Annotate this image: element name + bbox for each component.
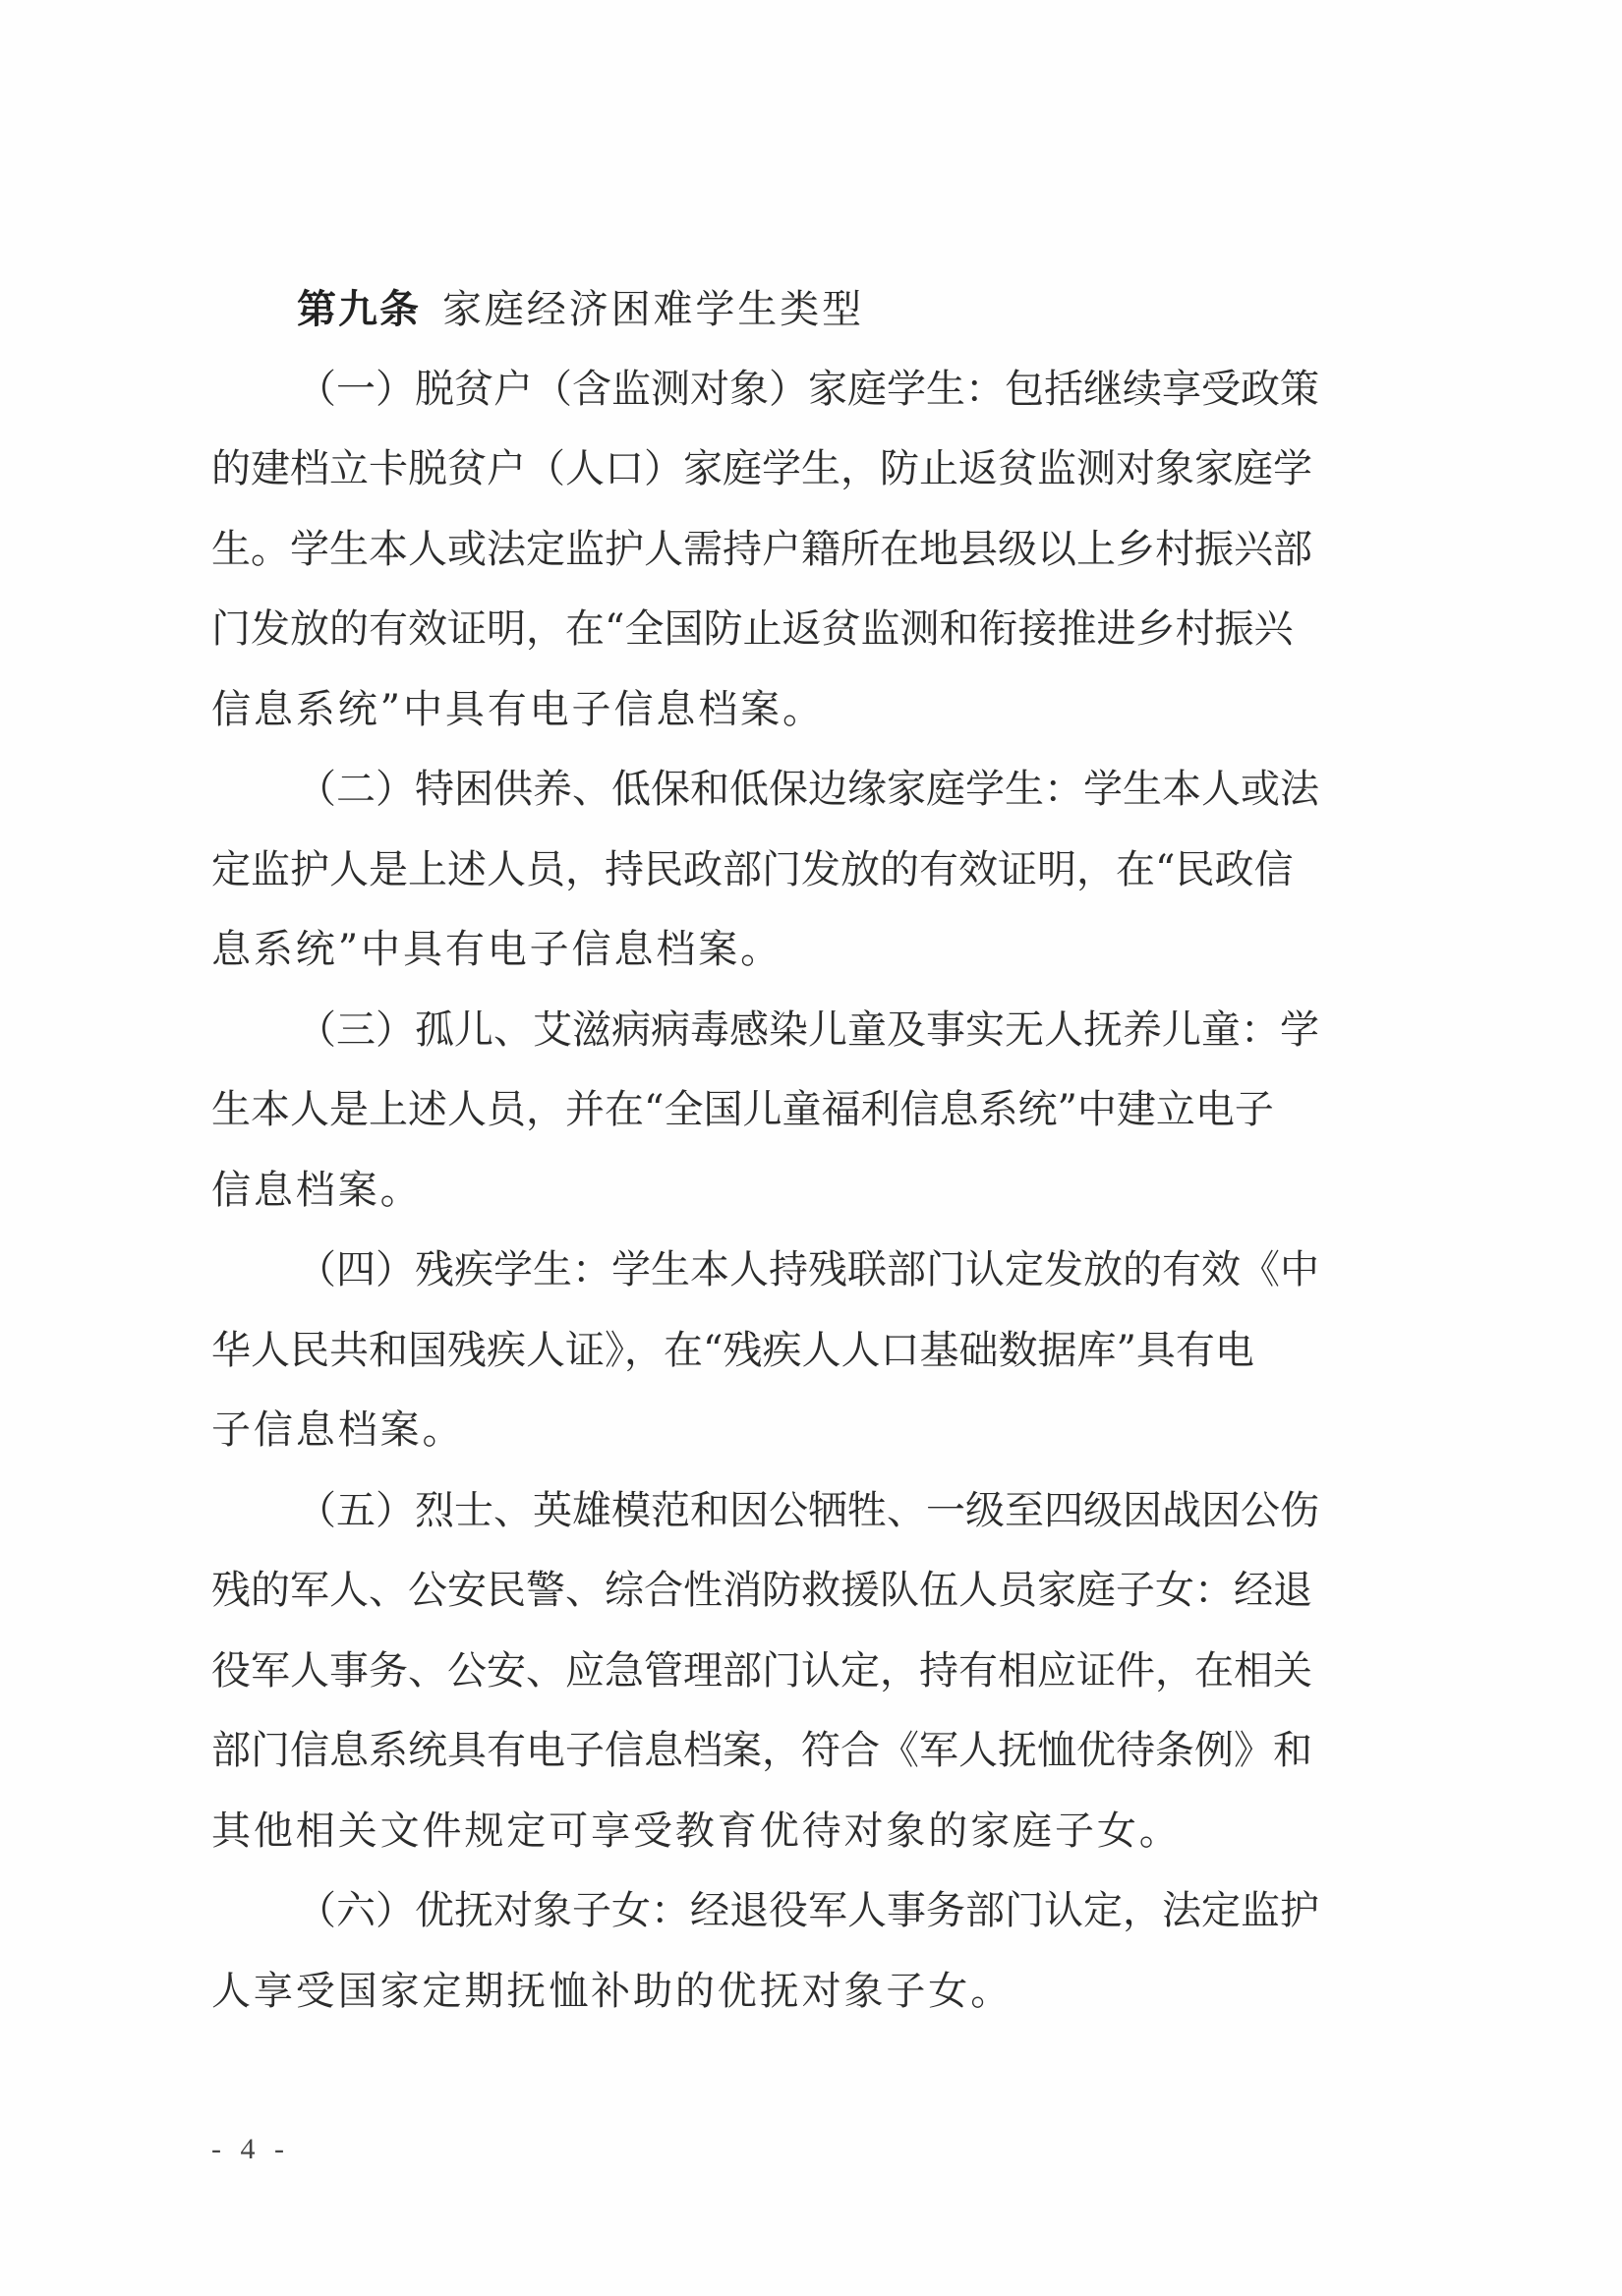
paragraph-1-line-1: （一）脱贫户（含监测对象）家庭学生：包括继续享受政策 <box>211 350 1394 430</box>
paragraph-2-line-3: 息系统”中具有电子信息档案。 <box>211 910 1394 991</box>
paragraph-6-line-1: （六）优抚对象子女：经退役军人事务部门认定，法定监护 <box>211 1871 1394 1952</box>
paragraph-5-line-5: 其他相关文件规定可享受教育优待对象的家庭子女。 <box>211 1792 1394 1872</box>
paragraph-1-line-3: 生。学生本人或法定监护人需持户籍所在地县级以上乡村振兴部 <box>211 510 1394 591</box>
paragraph-6-line-2: 人享受国家定期抚恤补助的优抚对象子女。 <box>211 1952 1394 2033</box>
paragraph-4-line-1: （四）残疾学生：学生本人持残联部门认定发放的有效《中 <box>211 1231 1394 1311</box>
paragraph-3-line-1: （三）孤儿、艾滋病病毒感染儿童及事实无人抚养儿童：学 <box>211 991 1394 1071</box>
paragraph-1-line-5: 信息系统”中具有电子信息档案。 <box>211 670 1394 751</box>
document-page: 第九条家庭经济困难学生类型 （一）脱贫户（含监测对象）家庭学生：包括继续享受政策… <box>0 0 1622 2296</box>
article-number: 第九条 <box>297 286 421 332</box>
document-body: 第九条家庭经济困难学生类型 （一）脱贫户（含监测对象）家庭学生：包括继续享受政策… <box>211 269 1394 2032</box>
paragraph-5-line-1: （五）烈士、英雄模范和因公牺牲、一级至四级因战因公伤 <box>211 1471 1394 1552</box>
paragraph-4-line-2: 华人民共和国残疾人证》，在“残疾人人口基础数据库”具有电 <box>211 1311 1394 1392</box>
paragraph-5-line-2: 残的军人、公安民警、综合性消防救援队伍人员家庭子女：经退 <box>211 1551 1394 1632</box>
article-heading: 家庭经济困难学生类型 <box>442 287 864 332</box>
paragraph-1-line-4: 门发放的有效证明，在“全国防止返贫监测和衔接推进乡村振兴 <box>211 590 1394 670</box>
paragraph-3-line-3: 信息档案。 <box>211 1151 1394 1232</box>
paragraph-4-line-3: 子信息档案。 <box>211 1391 1394 1471</box>
paragraph-3-line-2: 生本人是上述人员，并在“全国儿童福利信息系统”中建立电子 <box>211 1070 1394 1151</box>
paragraph-2-line-2: 定监护人是上述人员，持民政部门发放的有效证明，在“民政信 <box>211 831 1394 911</box>
paragraph-1-line-2: 的建档立卡脱贫户（人口）家庭学生，防止返贫监测对象家庭学 <box>211 430 1394 510</box>
paragraph-5-line-3: 役军人事务、公安、应急管理部门认定，持有相应证件，在相关 <box>211 1632 1394 1712</box>
page-number: - 4 - <box>211 2133 290 2166</box>
paragraph-2-line-1: （二）特困供养、低保和低保边缘家庭学生：学生本人或法 <box>211 750 1394 831</box>
paragraph-5-line-4: 部门信息系统具有电子信息档案，符合《军人抚恤优待条例》和 <box>211 1711 1394 1792</box>
article-title-line: 第九条家庭经济困难学生类型 <box>211 269 1394 350</box>
